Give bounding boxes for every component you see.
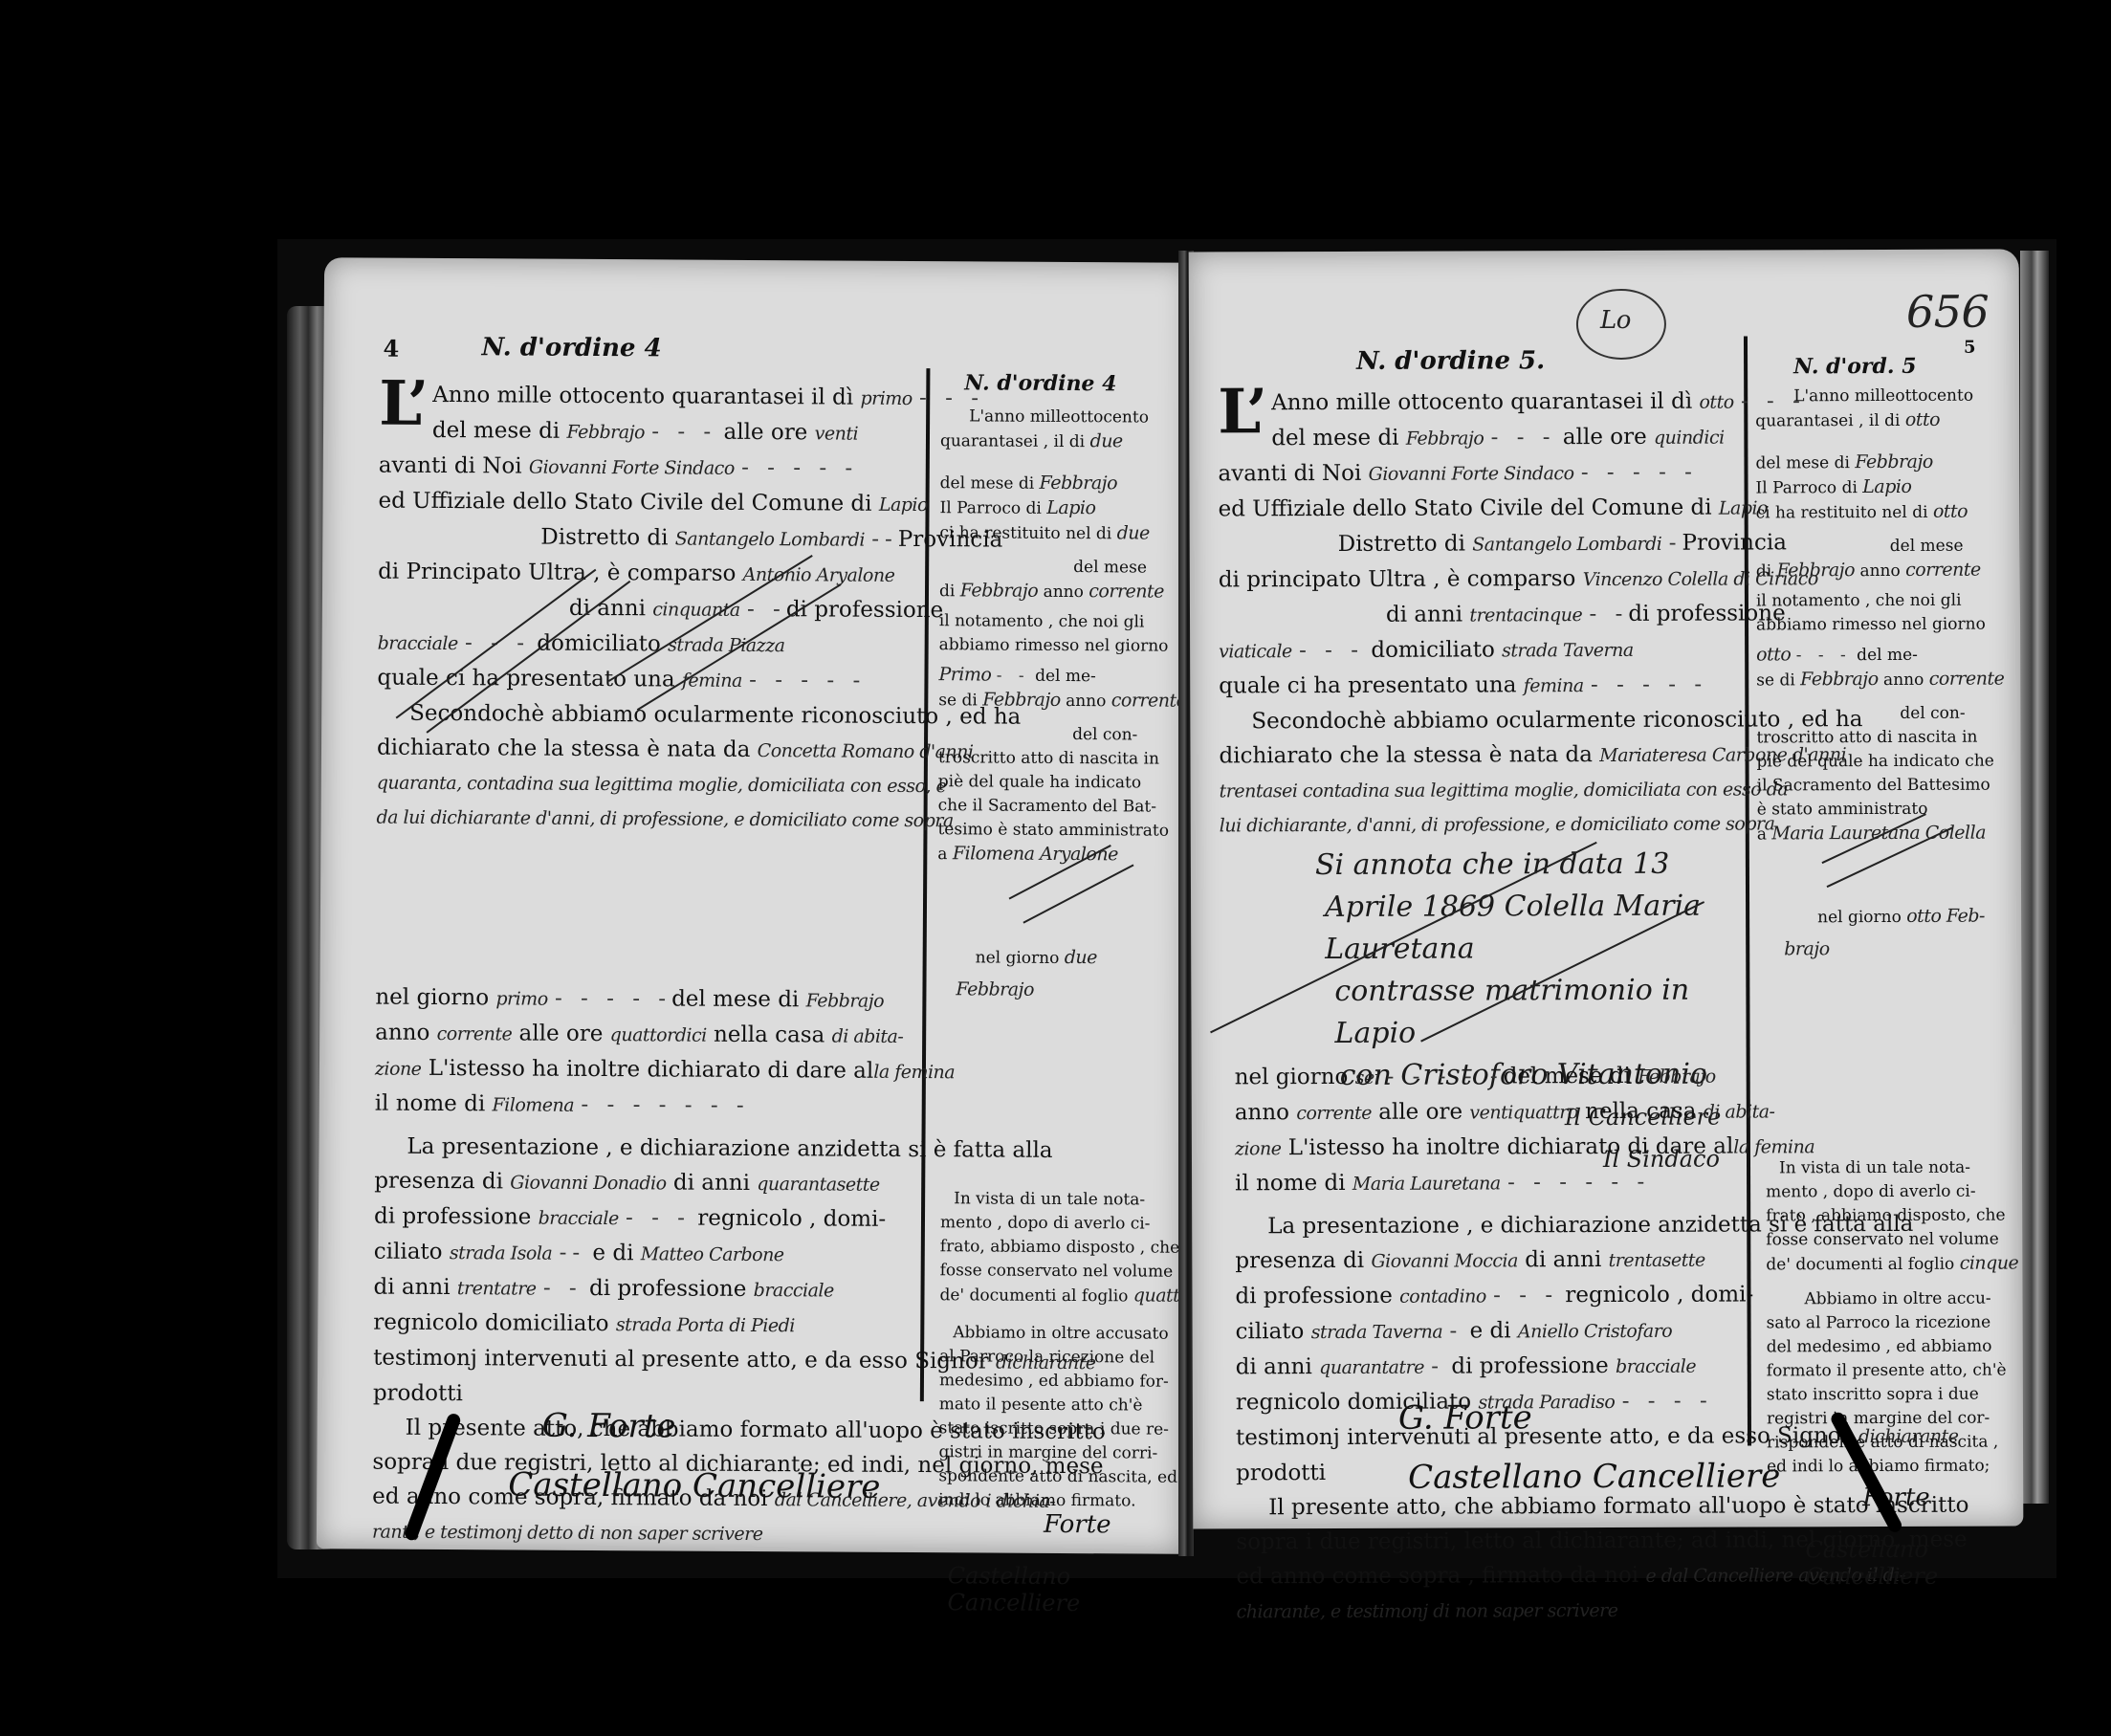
drop-cap: L’: [1218, 387, 1267, 437]
margin-record: N. d'ord. 5 L'anno milleottocento quaran…: [1755, 355, 1987, 847]
margin-signature-forte: Forte: [1044, 1510, 1111, 1539]
page-stack-right: [2020, 251, 2049, 1504]
drop-cap: L’: [379, 380, 429, 429]
margin-vista: In vista di un tale nota- mento , dopo d…: [1766, 1156, 1995, 1278]
main-record-text-lower: nel giorno sei - - - - -del mese di Febb…: [1235, 1058, 1748, 1629]
margin-signature-cancelliere: Castellano Cancelliere: [947, 1562, 1181, 1616]
margin-giorno: nel giorno otto Feb- brajo: [1784, 905, 1994, 962]
stamp-initials: Lo: [1600, 306, 1631, 335]
record-header: N. d'ordine 5.: [1356, 346, 1545, 376]
left-page: 4 N. d'ordine 4 L’ Anno mille ottocento …: [317, 257, 1190, 1554]
margin-giorno: nel giorno due Febbrajo: [956, 945, 1166, 1002]
margin-record: N. d'ordine 4 L'anno milleottocento quar…: [937, 371, 1165, 868]
main-record-text: L’ Anno mille ottocento quarantasei il d…: [1218, 385, 1741, 844]
signature-cancelliere: Castellano Cancelliere: [1408, 1457, 1780, 1496]
page-number: 4: [383, 335, 399, 363]
margin-signature-cancelliere: Castellano Cancelliere: [1805, 1535, 2023, 1590]
signature-sindaco: G. Forte: [1398, 1398, 1532, 1437]
margin-accusato: Abbiamo in oltre accu- sato al Parroco l…: [1766, 1287, 1996, 1480]
main-record-text: L’ Anno mille ottocento quarantasei il d…: [376, 378, 924, 838]
record-header: N. d'ordine 4: [481, 333, 661, 363]
right-page: Lo 656 5 N. d'ordine 5. L’ Anno mille ot…: [1189, 249, 2024, 1528]
folio-number: 656: [1906, 286, 1990, 338]
signature-sindaco: G. Forte: [542, 1407, 676, 1446]
cancel-stroke: [1023, 865, 1133, 924]
signature-cancelliere: Castellano Cancelliere: [508, 1465, 880, 1505]
margin-vista: In vista di un tale nota- mento , dopo d…: [939, 1187, 1160, 1308]
margin-accusato: Abbiamo in oltre accusato al Parroco la …: [938, 1321, 1159, 1513]
